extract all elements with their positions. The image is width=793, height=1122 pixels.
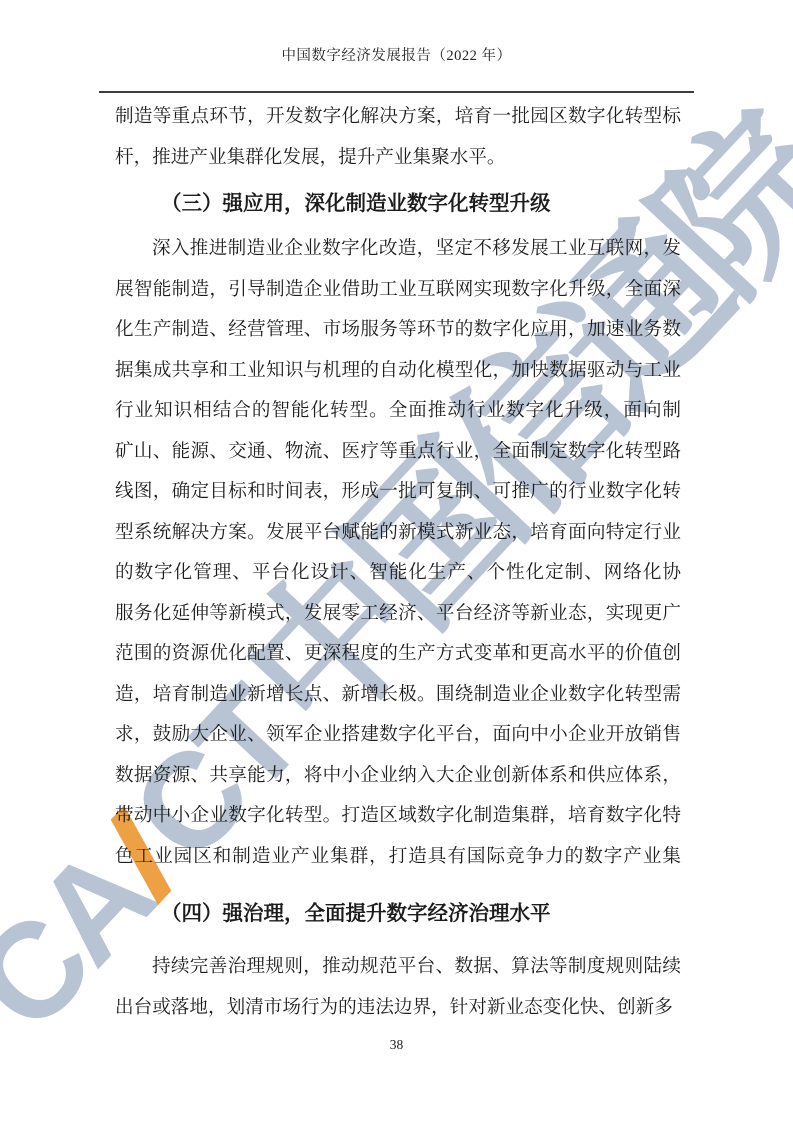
text-line: 的数字化管理、平台化设计、智能化生产、个性化定制、网络化协同、 bbox=[115, 553, 681, 594]
body-paragraph: 制造等重点环节，开发数字化解决方案，培育一批园区数字化转型标杆，推进产业集群化发… bbox=[115, 97, 681, 178]
text-line: 范围的资源优化配置、更深程度的生产方式变革和更高水平的价值创 bbox=[115, 634, 681, 675]
section-heading: （三）强应用，深化制造业数字化转型升级 bbox=[115, 181, 681, 227]
text-line: 杆，推进产业集群化发展，提升产业集聚水平。 bbox=[115, 138, 681, 179]
text-line: 型系统解决方案。发展平台赋能的新模式新业态，培育面向特定行业 bbox=[115, 513, 681, 554]
text-line: 化生产制造、经营管理、市场服务等环节的数字化应用，加速业务数 bbox=[115, 310, 681, 351]
text-line: 线图，确定目标和时间表，形成一批可复制、可推广的行业数字化转 bbox=[115, 472, 681, 513]
page-content: 中国数字经济发展报告（2022 年） 制造等重点环节，开发数字化解决方案，培育一… bbox=[0, 0, 793, 1055]
text-line: 制造等重点环节，开发数字化解决方案，培育一批园区数字化转型标 bbox=[115, 97, 681, 138]
text-line: 出台或落地，划清市场行为的违法边界，针对新业态变化快、创新多 bbox=[115, 988, 681, 1029]
text-line: 展智能制造，引导制造企业借助工业互联网实现数字化升级，全面深 bbox=[115, 270, 681, 311]
section-heading: （四）强治理，全面提升数字经济治理水平 bbox=[115, 891, 681, 937]
text-line: 色工业园区和制造业产业集群，打造具有国际竞争力的数字产业集群。 bbox=[115, 837, 681, 878]
page-footer: 38 bbox=[0, 1035, 793, 1055]
text-line: 深入推进制造业企业数字化改造，坚定不移发展工业互联网，发 bbox=[115, 229, 681, 270]
text-line: 求，鼓励大企业、领军企业搭建数字化平台，面向中小企业开放销售 bbox=[115, 715, 681, 756]
heading-text: （四）强治理，全面提升数字经济治理水平 bbox=[115, 891, 681, 937]
text-line: 据集成共享和工业知识与机理的自动化模型化，加快数据驱动与工业 bbox=[115, 351, 681, 392]
text-line: 行业知识相结合的智能化转型。全面推动行业数字化升级，面向制造、 bbox=[115, 391, 681, 432]
document-page: CAICT中国信通院 中国数字经济发展报告（2022 年） 制造等重点环节，开发… bbox=[0, 0, 793, 1122]
page-number: 38 bbox=[0, 1035, 793, 1055]
text-line: 矿山、能源、交通、物流、医疗等重点行业，全面制定数字化转型路 bbox=[115, 432, 681, 473]
document-body: 制造等重点环节，开发数字化解决方案，培育一批园区数字化转型标杆，推进产业集群化发… bbox=[0, 93, 793, 1028]
body-paragraph: 深入推进制造业企业数字化改造，坚定不移发展工业互联网，发展智能制造，引导制造企业… bbox=[115, 229, 681, 877]
body-paragraph: 持续完善治理规则，推动规范平台、数据、算法等制度规则陆续出台或落地，划清市场行为… bbox=[115, 947, 681, 1028]
text-line: 带动中小企业数字化转型。打造区域数字化制造集群，培育数字化特 bbox=[115, 796, 681, 837]
text-line: 数据资源、共享能力，将中小企业纳入大企业创新体系和供应体系， bbox=[115, 756, 681, 797]
text-line: 造，培育制造业新增长点、新增长极。围绕制造业企业数字化转型需 bbox=[115, 675, 681, 716]
heading-text: （三）强应用，深化制造业数字化转型升级 bbox=[115, 181, 681, 227]
text-line: 服务化延伸等新模式，发展零工经济、平台经济等新业态，实现更广 bbox=[115, 594, 681, 635]
text-line: 持续完善治理规则，推动规范平台、数据、算法等制度规则陆续 bbox=[115, 947, 681, 988]
report-title: 中国数字经济发展报告（2022 年） bbox=[0, 45, 793, 67]
page-header: 中国数字经济发展报告（2022 年） bbox=[0, 0, 793, 93]
